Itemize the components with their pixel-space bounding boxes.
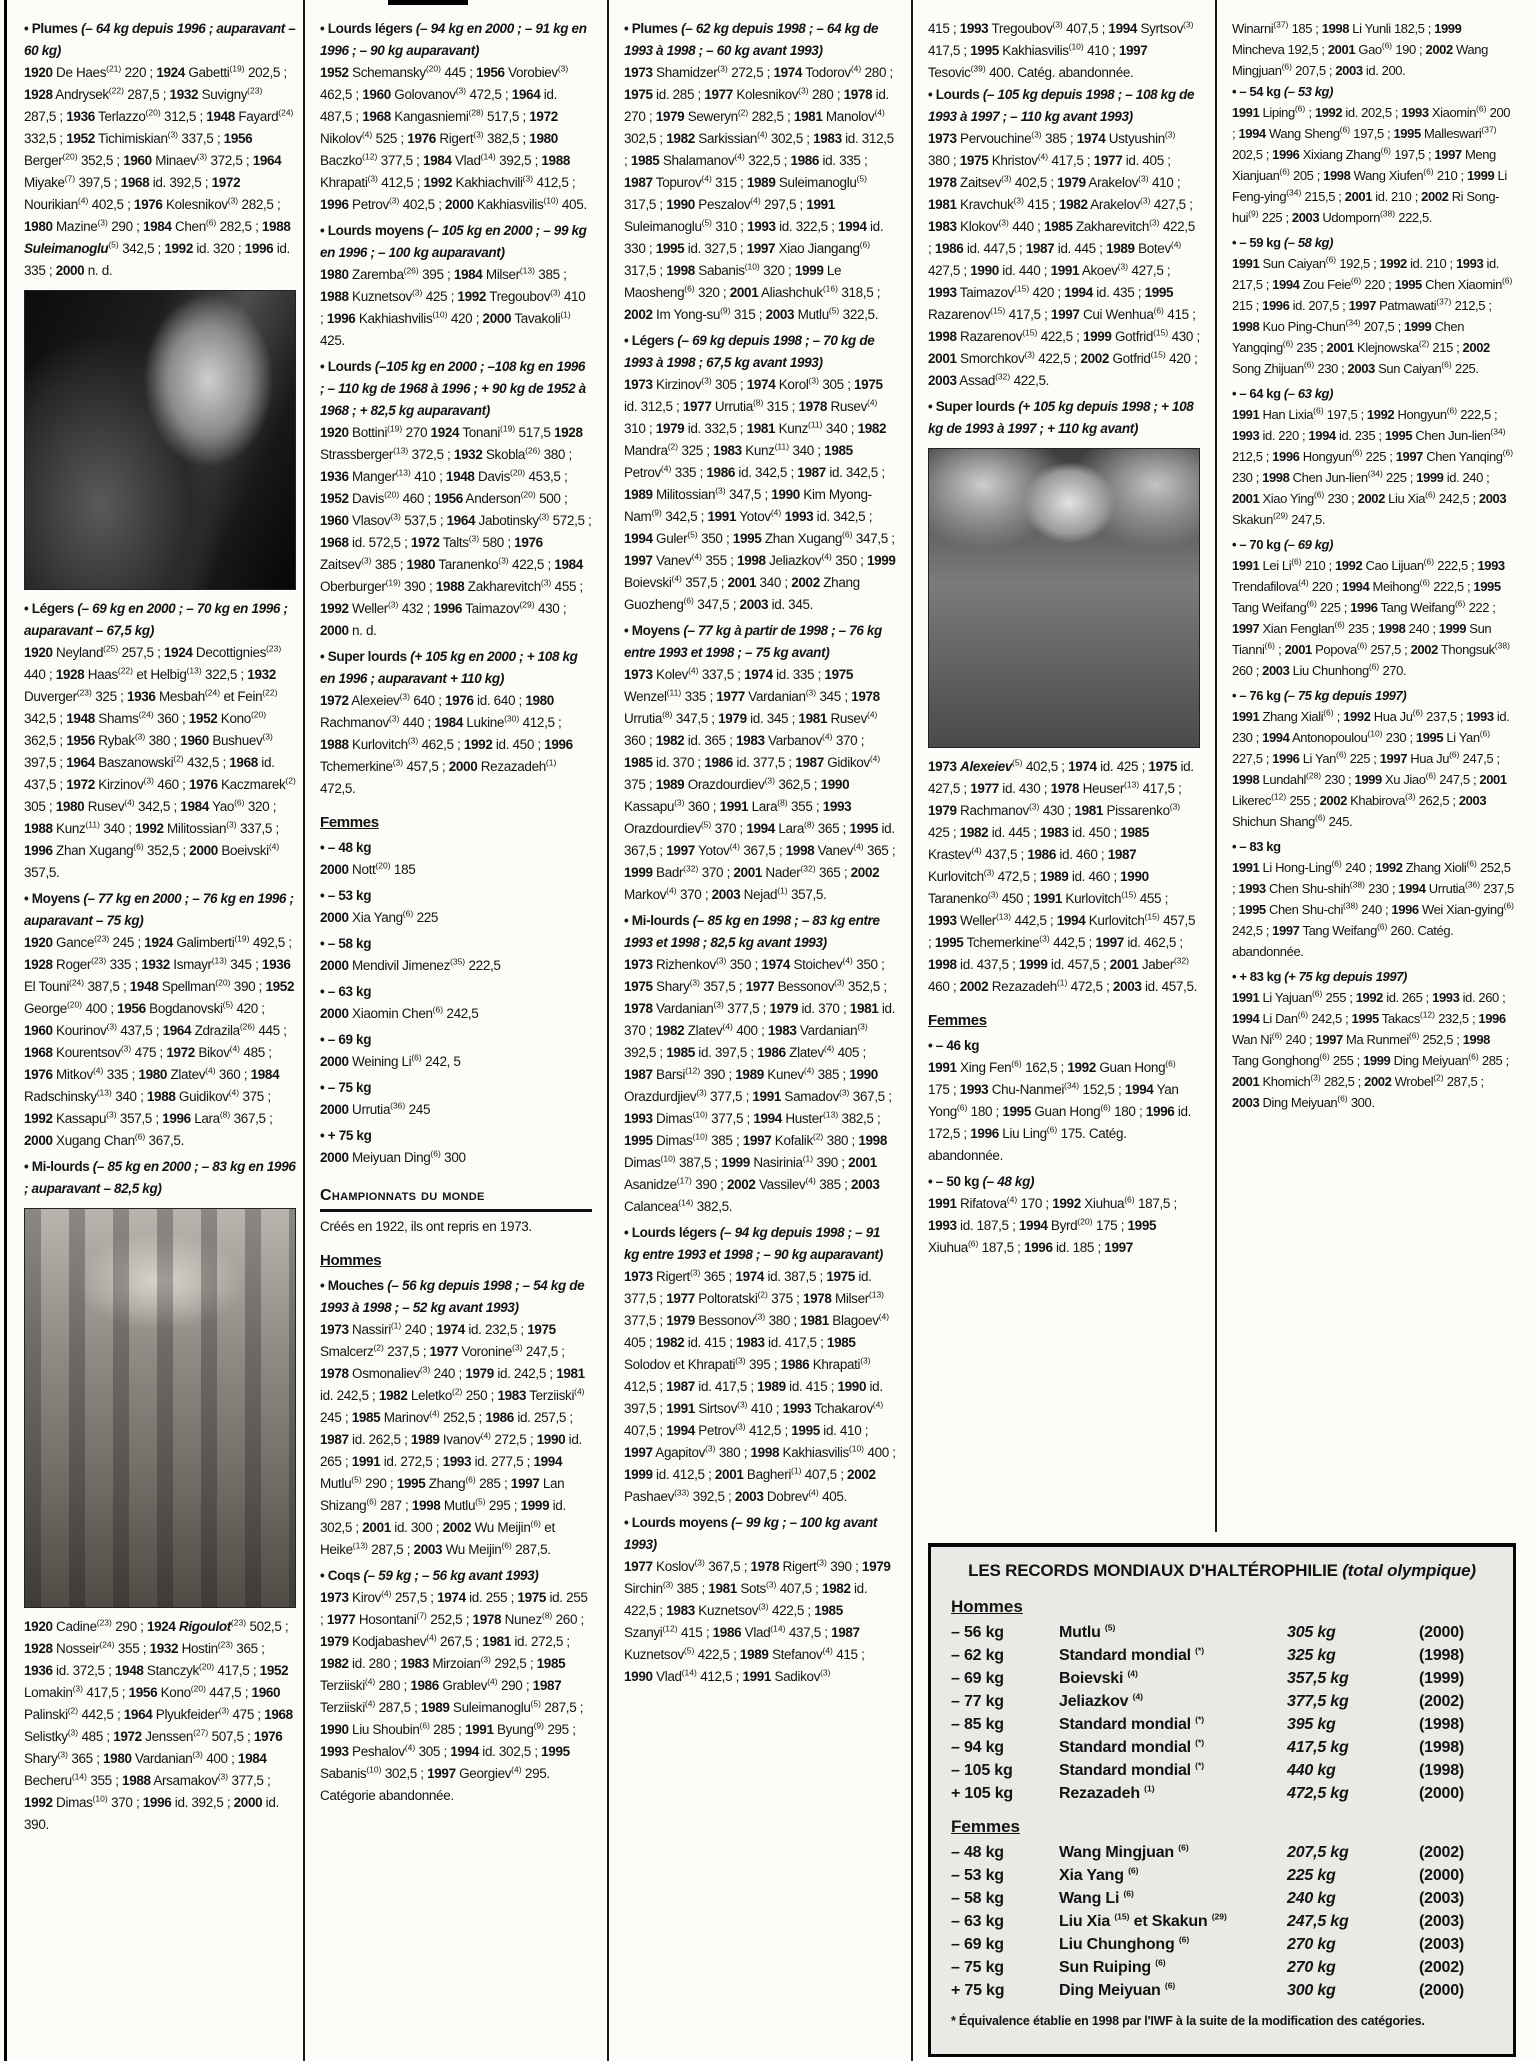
record-holder: Liu Xia (15) et Skakun (29) xyxy=(1059,1910,1287,1933)
category-heading: • Mi-lourds (– 85 kg en 2000 ; – 83 kg e… xyxy=(24,1156,296,1200)
results-list: 1973 Pervouchine(3) 385 ; 1974 Ustyushin… xyxy=(928,128,1200,392)
photo-champion-arms-raised xyxy=(928,448,1200,748)
record-year: (1998) xyxy=(1419,1713,1493,1736)
record-year: (2002) xyxy=(1419,1690,1493,1713)
results-list: 1980 Zaremba(26) 395 ; 1984 Milser(13) 3… xyxy=(320,264,592,352)
record-weight: 247,5 kg xyxy=(1287,1910,1419,1933)
records-label-hommes: Hommes xyxy=(951,1597,1493,1617)
record-row: – 94 kgStandard mondial (*)417,5 kg(1998… xyxy=(951,1736,1493,1759)
category-section: • Lourds légers (– 94 kg en 2000 ; – 91 … xyxy=(320,18,592,216)
record-row: – 62 kgStandard mondial (*)325 kg(1998) xyxy=(951,1644,1493,1667)
category-heading: • – 63 kg xyxy=(320,981,592,1003)
records-footnote: * Équivalence établie en 1998 par l'IWF … xyxy=(951,2014,1493,2028)
records-label-femmes: Femmes xyxy=(951,1817,1493,1837)
records-section-hommes: Hommes – 56 kgMutlu (5)305 kg(2000)– 62 … xyxy=(951,1597,1493,1805)
category-section: • – 59 kg (– 58 kg)1991 Sun Caiyan(6) 19… xyxy=(1232,232,1514,379)
category-section: • Moyens (– 77 kg à partir de 1998 ; – 7… xyxy=(624,620,896,906)
records-rows-femmes: – 48 kgWang Mingjuan (6)207,5 kg(2002)– … xyxy=(951,1841,1493,2002)
category-heading: • Mouches (– 56 kg depuis 1998 ; – 54 kg… xyxy=(320,1275,592,1319)
record-category: + 75 kg xyxy=(951,1979,1059,2002)
record-row: – 69 kgBoievski (4)357,5 kg(1999) xyxy=(951,1667,1493,1690)
category-note: (– 53 kg) xyxy=(1284,84,1333,99)
category-heading: • + 83 kg (+ 75 kg depuis 1997) xyxy=(1232,966,1514,987)
category-heading: • Plumes (– 64 kg depuis 1996 ; auparava… xyxy=(24,18,296,62)
results-list: 1973 Rizhenkov(3) 350 ; 1974 Stoichev(4)… xyxy=(624,954,896,1218)
category-heading: • Légers (– 69 kg en 2000 ; – 70 kg en 1… xyxy=(24,598,296,642)
category-note: (– 63 kg) xyxy=(1284,386,1333,401)
category-heading: • – 53 kg xyxy=(320,885,592,907)
record-year: (1998) xyxy=(1419,1736,1493,1759)
category-section: • – 58 kg2000 Mendivil Jimenez(35) 222,5 xyxy=(320,933,592,977)
record-category: – 75 kg xyxy=(951,1956,1059,1979)
results-list: 1991 Rifatova(4) 170 ; 1992 Xiuhua(6) 18… xyxy=(928,1193,1200,1259)
record-holder: Mutlu (5) xyxy=(1059,1621,1287,1644)
results-list: 1991 Li Yajuan(6) 255 ; 1992 id. 265 ; 1… xyxy=(1232,987,1514,1113)
results-list: 1991 Li Hong-Ling(6) 240 ; 1992 Zhang Xi… xyxy=(1232,857,1514,962)
category-section: • Mouches (– 56 kg depuis 1998 ; – 54 kg… xyxy=(320,1275,592,1561)
results-list: Winarni(37) 185 ; 1998 Li Yunli 182,5 ; … xyxy=(1232,18,1514,81)
record-weight: 417,5 kg xyxy=(1287,1736,1419,1759)
category-section: • Légers (– 69 kg en 2000 ; – 70 kg en 1… xyxy=(24,598,296,884)
category-section: • Légers (– 69 kg depuis 1998 ; – 70 kg … xyxy=(624,330,896,616)
category-heading: • Coqs (– 59 kg ; – 56 kg avant 1993) xyxy=(320,1565,592,1587)
records-table-title: LES RECORDS MONDIAUX D'HALTÉROPHILIE (to… xyxy=(951,1561,1493,1581)
record-year: (1998) xyxy=(1419,1759,1493,1782)
results-list: 1920 Gance(23) 245 ; 1924 Galimberti(19)… xyxy=(24,932,296,1152)
record-category: – 53 kg xyxy=(951,1864,1059,1887)
category-section: • – 53 kg2000 Xia Yang(6) 225 xyxy=(320,885,592,929)
intro-text: Créés en 1922, ils ont repris en 1973. xyxy=(320,1216,592,1238)
category-section: • – 54 kg (– 53 kg)1991 Liping(6) ; 1992… xyxy=(1232,81,1514,228)
category-heading: • Lourds (–105 kg en 2000 ; –108 kg en 1… xyxy=(320,356,592,422)
record-holder: Standard mondial (*) xyxy=(1059,1759,1287,1782)
category-heading: • – 54 kg (– 53 kg) xyxy=(1232,81,1514,102)
records-rows-hommes: – 56 kgMutlu (5)305 kg(2000)– 62 kgStand… xyxy=(951,1621,1493,1805)
record-category: – 62 kg xyxy=(951,1644,1059,1667)
gender-subhead: Femmes xyxy=(928,1010,1200,1032)
results-list: 1973 Nassiri(1) 240 ; 1974 id. 232,5 ; 1… xyxy=(320,1319,592,1561)
results-list: 1991 Liping(6) ; 1992 id. 202,5 ; 1993 X… xyxy=(1232,102,1514,228)
record-holder: Ding Meiyuan (6) xyxy=(1059,1979,1287,2002)
category-heading: • – 69 kg xyxy=(320,1029,592,1051)
category-heading: • Moyens (– 77 kg à partir de 1998 ; – 7… xyxy=(624,620,896,664)
category-note: (– 77 kg à partir de 1998 ; – 76 kg entr… xyxy=(624,623,882,660)
record-weight: 395 kg xyxy=(1287,1713,1419,1736)
category-heading: • – 46 kg xyxy=(928,1035,1200,1057)
record-weight: 472,5 kg xyxy=(1287,1782,1419,1805)
results-list: 2000 Weining Li(6) 242, 5 xyxy=(320,1051,592,1073)
record-holder: Sun Ruiping (6) xyxy=(1059,1956,1287,1979)
records-section-femmes: Femmes – 48 kgWang Mingjuan (6)207,5 kg(… xyxy=(951,1817,1493,2002)
category-section: • Plumes (– 62 kg depuis 1998 ; – 64 kg … xyxy=(624,18,896,326)
category-section: • Lourds moyens (– 105 kg en 2000 ; – 99… xyxy=(320,220,592,352)
record-year: (2003) xyxy=(1419,1933,1493,1956)
record-category: + 105 kg xyxy=(951,1782,1059,1805)
record-weight: 225 kg xyxy=(1287,1864,1419,1887)
record-year: (2000) xyxy=(1419,1782,1493,1805)
photo-vintage-group xyxy=(24,1208,296,1608)
category-section: • – 70 kg (– 69 kg)1991 Lei Li(6) 210 ; … xyxy=(1232,534,1514,681)
category-note: (– 105 kg en 2000 ; – 99 kg en 1996 ; – … xyxy=(320,223,587,260)
category-heading: • – 70 kg (– 69 kg) xyxy=(1232,534,1514,555)
category-section: • – 75 kg2000 Urrutia(36) 245 xyxy=(320,1077,592,1121)
page-top-mark xyxy=(388,0,468,5)
category-heading: • Super lourds (+ 105 kg en 2000 ; + 108… xyxy=(320,646,592,690)
record-year: (2002) xyxy=(1419,1956,1493,1979)
category-note: (– 64 kg depuis 1996 ; auparavant – 60 k… xyxy=(24,21,295,58)
category-section: • Moyens (– 77 kg en 2000 ; – 76 kg en 1… xyxy=(24,888,296,1152)
results-list: 1920 Neyland(25) 257,5 ; 1924 Decottigni… xyxy=(24,642,296,884)
category-section: • – 63 kg2000 Xiaomin Chen(6) 242,5 xyxy=(320,981,592,1025)
results-list: 1972 Alexeiev(3) 640 ; 1976 id. 640 ; 19… xyxy=(320,690,592,800)
record-holder: Xia Yang (6) xyxy=(1059,1864,1287,1887)
category-heading: • Légers (– 69 kg depuis 1998 ; – 70 kg … xyxy=(624,330,896,374)
record-row: – 58 kgWang Li (6)240 kg(2003) xyxy=(951,1887,1493,1910)
record-row: – 56 kgMutlu (5)305 kg(2000) xyxy=(951,1621,1493,1644)
record-row: – 77 kgJeliazkov (4)377,5 kg(2002) xyxy=(951,1690,1493,1713)
category-note: (– 75 kg depuis 1997) xyxy=(1284,688,1406,703)
record-weight: 270 kg xyxy=(1287,1956,1419,1979)
category-heading: • Lourds (– 105 kg depuis 1998 ; – 108 k… xyxy=(928,84,1200,128)
record-year: (2002) xyxy=(1419,1841,1493,1864)
category-section: • Plumes (– 64 kg depuis 1996 ; auparava… xyxy=(24,18,296,282)
results-list: 2000 Nott(20) 185 xyxy=(320,859,592,881)
results-list: 1991 Han Lixia(6) 197,5 ; 1992 Hongyun(6… xyxy=(1232,404,1514,530)
results-list: 1973 Shamidzer(3) 272,5 ; 1974 Todorov(4… xyxy=(624,62,896,326)
category-note: (– 69 kg depuis 1998 ; – 70 kg de 1993 à… xyxy=(624,333,874,370)
category-section: • Lourds (–105 kg en 2000 ; –108 kg en 1… xyxy=(320,356,592,642)
category-note: (– 69 kg en 2000 ; – 70 kg en 1996 ; aup… xyxy=(24,601,288,638)
category-section: • + 83 kg (+ 75 kg depuis 1997)1991 Li Y… xyxy=(1232,966,1514,1113)
category-note: (– 77 kg en 2000 ; – 76 kg en 1996 ; aup… xyxy=(24,891,294,928)
category-section: • Lourds (– 105 kg depuis 1998 ; – 108 k… xyxy=(928,84,1200,392)
results-list: 2000 Mendivil Jimenez(35) 222,5 xyxy=(320,955,592,977)
results-list: 2000 Meiyuan Ding(6) 300 xyxy=(320,1147,592,1169)
category-heading: • – 59 kg (– 58 kg) xyxy=(1232,232,1514,253)
record-holder: Wang Mingjuan (6) xyxy=(1059,1841,1287,1864)
category-note: (– 62 kg depuis 1998 ; – 64 kg de 1993 à… xyxy=(624,21,878,58)
category-note: (– 56 kg depuis 1998 ; – 54 kg de 1993 à… xyxy=(320,1278,584,1315)
record-category: – 69 kg xyxy=(951,1667,1059,1690)
category-section: • – 50 kg (– 48 kg)1991 Rifatova(4) 170 … xyxy=(928,1171,1200,1259)
category-heading: • – 76 kg (– 75 kg depuis 1997) xyxy=(1232,685,1514,706)
record-holder: Jeliazkov (4) xyxy=(1059,1690,1287,1713)
record-holder: Liu Chunghong (6) xyxy=(1059,1933,1287,1956)
category-heading: • Lourds légers (– 94 kg depuis 1998 ; –… xyxy=(624,1222,896,1266)
category-section: • Lourds moyens (– 99 kg ; – 100 kg avan… xyxy=(624,1512,896,1688)
record-holder: Standard mondial (*) xyxy=(1059,1644,1287,1667)
records-table-title-text: LES RECORDS MONDIAUX D'HALTÉROPHILIE xyxy=(968,1561,1338,1580)
category-heading: • – 48 kg xyxy=(320,837,592,859)
category-section: • – 69 kg2000 Weining Li(6) 242, 5 xyxy=(320,1029,592,1073)
category-section: • Mi-lourds (– 85 kg en 2000 ; – 83 kg e… xyxy=(24,1156,296,1200)
category-section: • Super lourds (+ 105 kg en 2000 ; + 108… xyxy=(320,646,592,800)
category-heading: • Lourds moyens (– 99 kg ; – 100 kg avan… xyxy=(624,1512,896,1556)
record-weight: 305 kg xyxy=(1287,1621,1419,1644)
records-table: LES RECORDS MONDIAUX D'HALTÉROPHILIE (to… xyxy=(928,1543,1516,2057)
column-rule-2 xyxy=(607,0,609,2061)
gender-subhead: Femmes xyxy=(320,812,592,834)
record-weight: 377,5 kg xyxy=(1287,1690,1419,1713)
column-5: Winarni(37) 185 ; 1998 Li Yunli 182,5 ; … xyxy=(1232,18,1514,1530)
record-row: – 48 kgWang Mingjuan (6)207,5 kg(2002) xyxy=(951,1841,1493,1864)
category-section: • Super lourds (+ 105 kg depuis 1998 ; +… xyxy=(928,396,1200,440)
category-heading: • Mi-lourds (– 85 kg en 1998 ; – 83 kg e… xyxy=(624,910,896,954)
record-year: (2000) xyxy=(1419,1864,1493,1887)
record-year: (2000) xyxy=(1419,1979,1493,2002)
record-row: + 105 kgRezazadeh (1)472,5 kg(2000) xyxy=(951,1782,1493,1805)
category-heading: • – 58 kg xyxy=(320,933,592,955)
record-year: (1998) xyxy=(1419,1644,1493,1667)
category-heading: • – 75 kg xyxy=(320,1077,592,1099)
record-holder: Wang Li (6) xyxy=(1059,1887,1287,1910)
record-row: – 53 kgXia Yang (6)225 kg(2000) xyxy=(951,1864,1493,1887)
encyclopedia-page: • Plumes (– 64 kg depuis 1996 ; auparava… xyxy=(0,0,1537,2061)
category-section: • – 83 kg1991 Li Hong-Ling(6) 240 ; 1992… xyxy=(1232,836,1514,962)
column-rule-4 xyxy=(1215,0,1217,1532)
results-list: 1977 Koslov(3) 367,5 ; 1978 Rigert(3) 39… xyxy=(624,1556,896,1688)
page-left-border xyxy=(4,0,7,2061)
record-holder: Standard mondial (*) xyxy=(1059,1713,1287,1736)
record-row: – 69 kgLiu Chunghong (6)270 kg(2003) xyxy=(951,1933,1493,1956)
category-note: (+ 75 kg depuis 1997) xyxy=(1284,969,1407,984)
record-row: – 85 kgStandard mondial (*)395 kg(1998) xyxy=(951,1713,1493,1736)
results-list: 415 ; 1993 Tregoubov(3) 407,5 ; 1994 Syr… xyxy=(928,18,1200,84)
category-section: • Coqs (– 59 kg ; – 56 kg avant 1993)197… xyxy=(320,1565,592,1807)
record-year: (2003) xyxy=(1419,1910,1493,1933)
category-heading: • Moyens (– 77 kg en 2000 ; – 76 kg en 1… xyxy=(24,888,296,932)
results-list: 2000 Urrutia(36) 245 xyxy=(320,1099,592,1121)
record-row: – 75 kgSun Ruiping (6)270 kg(2002) xyxy=(951,1956,1493,1979)
category-heading: • – 50 kg (– 48 kg) xyxy=(928,1171,1200,1193)
column-2: • Lourds légers (– 94 kg en 2000 ; – 91 … xyxy=(320,18,592,2050)
category-heading: • Lourds moyens (– 105 kg en 2000 ; – 99… xyxy=(320,220,592,264)
record-category: – 94 kg xyxy=(951,1736,1059,1759)
category-section: • – 46 kg1991 Xing Fen(6) 162,5 ; 1992 G… xyxy=(928,1035,1200,1167)
records-table-title-note: (total olympique) xyxy=(1342,1561,1476,1580)
photo-weightlifter-portrait xyxy=(24,290,296,590)
category-heading: • Super lourds (+ 105 kg depuis 1998 ; +… xyxy=(928,396,1200,440)
record-row: – 63 kgLiu Xia (15) et Skakun (29)247,5 … xyxy=(951,1910,1493,1933)
results-list: 1973 Kolev(4) 337,5 ; 1974 id. 335 ; 197… xyxy=(624,664,896,906)
category-note: (– 85 kg en 2000 ; – 83 kg en 1996 ; aup… xyxy=(24,1159,296,1196)
record-weight: 325 kg xyxy=(1287,1644,1419,1667)
record-category: – 48 kg xyxy=(951,1841,1059,1864)
results-list: 2000 Xiaomin Chen(6) 242,5 xyxy=(320,1003,592,1025)
record-category: – 105 kg xyxy=(951,1759,1059,1782)
category-heading: • Plumes (– 62 kg depuis 1998 ; – 64 kg … xyxy=(624,18,896,62)
record-category: – 56 kg xyxy=(951,1621,1059,1644)
category-heading: • – 83 kg xyxy=(1232,836,1514,857)
record-row: + 75 kgDing Meiyuan (6)300 kg(2000) xyxy=(951,1979,1493,2002)
record-year: (2003) xyxy=(1419,1887,1493,1910)
results-list: 1991 Zhang Xiali(6) ; 1992 Hua Ju(6) 237… xyxy=(1232,706,1514,832)
record-holder: Standard mondial (*) xyxy=(1059,1736,1287,1759)
results-list: 1952 Schemansky(20) 445 ; 1956 Vorobiev(… xyxy=(320,62,592,216)
results-list: 1991 Lei Li(6) 210 ; 1992 Cao Lijuan(6) … xyxy=(1232,555,1514,681)
record-year: (2000) xyxy=(1419,1621,1493,1644)
results-list: 1920 Bottini(19) 270 1924 Tonani(19) 517… xyxy=(320,422,592,642)
category-note: (– 105 kg depuis 1998 ; – 108 kg de 1993… xyxy=(928,87,1194,124)
results-list: 1973 Rigert(3) 365 ; 1974 id. 387,5 ; 19… xyxy=(624,1266,896,1508)
column-rule-1 xyxy=(303,0,305,2061)
category-note: (– 48 kg) xyxy=(983,1174,1035,1189)
rubric-championnats-du-monde: Championnats du monde xyxy=(320,1185,592,1212)
record-category: – 69 kg xyxy=(951,1933,1059,1956)
record-weight: 207,5 kg xyxy=(1287,1841,1419,1864)
results-list: 2000 Xia Yang(6) 225 xyxy=(320,907,592,929)
record-year: (1999) xyxy=(1419,1667,1493,1690)
record-weight: 300 kg xyxy=(1287,1979,1419,2002)
record-weight: 270 kg xyxy=(1287,1933,1419,1956)
category-note: (– 69 kg) xyxy=(1284,537,1333,552)
category-section: • + 75 kg2000 Meiyuan Ding(6) 300 xyxy=(320,1125,592,1169)
column-4: 415 ; 1993 Tregoubov(3) 407,5 ; 1994 Syr… xyxy=(928,18,1200,1533)
category-note: (+ 105 kg en 2000 ; + 108 kg en 1996 ; a… xyxy=(320,649,578,686)
results-list: 1973 Alexeiev(5) 402,5 ; 1974 id. 425 ; … xyxy=(928,756,1200,998)
category-section: • – 64 kg (– 63 kg)1991 Han Lixia(6) 197… xyxy=(1232,383,1514,530)
record-weight: 240 kg xyxy=(1287,1887,1419,1910)
record-category: – 85 kg xyxy=(951,1713,1059,1736)
record-row: – 105 kgStandard mondial (*)440 kg(1998) xyxy=(951,1759,1493,1782)
results-list: 1991 Sun Caiyan(6) 192,5 ; 1992 id. 210 … xyxy=(1232,253,1514,379)
category-heading: • + 75 kg xyxy=(320,1125,592,1147)
column-rule-3 xyxy=(911,0,913,2061)
gender-subhead: Hommes xyxy=(320,1250,592,1272)
category-heading: • – 64 kg (– 63 kg) xyxy=(1232,383,1514,404)
category-note: (–105 kg en 2000 ; –108 kg en 1996 ; – 1… xyxy=(320,359,586,418)
record-holder: Rezazadeh (1) xyxy=(1059,1782,1287,1805)
category-note: (– 94 kg depuis 1998 ; – 91 kg entre 199… xyxy=(624,1225,883,1262)
record-holder: Boievski (4) xyxy=(1059,1667,1287,1690)
category-note: (– 59 kg ; – 56 kg avant 1993) xyxy=(364,1568,539,1583)
record-category: – 77 kg xyxy=(951,1690,1059,1713)
results-list: 1920 Cadine(23) 290 ; 1924 Rigoulot(23) … xyxy=(24,1616,296,1836)
category-note: (+ 105 kg depuis 1998 ; + 108 kg de 1993… xyxy=(928,399,1193,436)
results-list: 1973 Kirov(4) 257,5 ; 1974 id. 255 ; 197… xyxy=(320,1587,592,1807)
record-weight: 357,5 kg xyxy=(1287,1667,1419,1690)
column-3: • Plumes (– 62 kg depuis 1998 ; – 64 kg … xyxy=(624,18,896,2050)
record-weight: 440 kg xyxy=(1287,1759,1419,1782)
category-section: • – 48 kg2000 Nott(20) 185 xyxy=(320,837,592,881)
category-note: (– 85 kg en 1998 ; – 83 kg entre 1993 et… xyxy=(624,913,880,950)
category-note: (– 58 kg) xyxy=(1284,235,1333,250)
category-section: • Mi-lourds (– 85 kg en 1998 ; – 83 kg e… xyxy=(624,910,896,1218)
record-category: – 63 kg xyxy=(951,1910,1059,1933)
results-list: 1920 De Haes(21) 220 ; 1924 Gabetti(19) … xyxy=(24,62,296,282)
category-section: • Lourds légers (– 94 kg depuis 1998 ; –… xyxy=(624,1222,896,1508)
category-section: • – 76 kg (– 75 kg depuis 1997)1991 Zhan… xyxy=(1232,685,1514,832)
results-list: 1973 Kirzinov(3) 305 ; 1974 Korol(3) 305… xyxy=(624,374,896,616)
category-note: (– 94 kg en 2000 ; – 91 kg en 1996 ; – 9… xyxy=(320,21,587,58)
category-heading: • Lourds légers (– 94 kg en 2000 ; – 91 … xyxy=(320,18,592,62)
results-list: 1991 Xing Fen(6) 162,5 ; 1992 Guan Hong(… xyxy=(928,1057,1200,1167)
category-note: (– 99 kg ; – 100 kg avant 1993) xyxy=(624,1515,877,1552)
column-1: • Plumes (– 64 kg depuis 1996 ; auparava… xyxy=(24,18,296,2050)
record-category: – 58 kg xyxy=(951,1887,1059,1910)
